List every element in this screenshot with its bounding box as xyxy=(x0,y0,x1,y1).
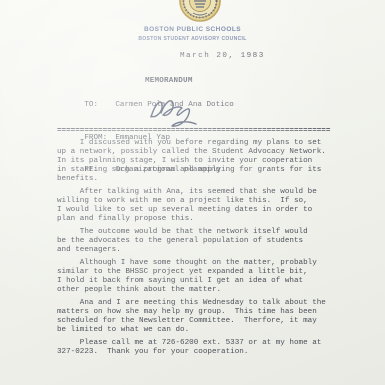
memo-field-to: TO:Carmen Pola and Ana Dotico xyxy=(57,92,234,119)
paragraph-4: Although I have some thought on the matt… xyxy=(57,259,342,295)
field-value-to: Carmen Pola and Ana Dotico xyxy=(115,101,233,109)
letterhead-department: BOSTON STUDENT ADVISORY COUNCIL xyxy=(0,36,385,42)
memo-title: MEMORANDUM xyxy=(145,77,193,85)
boston-public-schools-seal-icon xyxy=(179,0,221,22)
letterhead-organization: BOSTON PUBLIC SCHOOLS xyxy=(0,26,385,33)
paragraph-3: The outcome would be that the network it… xyxy=(57,228,342,255)
memo-body: I discussed with you before regarding my… xyxy=(57,139,342,361)
scanned-memo-page: BOSTON PUBLIC SCHOOLS BOSTON STUDENT ADV… xyxy=(0,0,385,385)
separator-line: ========================================… xyxy=(57,127,330,135)
paragraph-1: I discussed with you before regarding my… xyxy=(57,139,342,184)
memo-date: March 20, 1983 xyxy=(180,52,265,60)
paragraph-2: After talking with Ana, its seemed that … xyxy=(57,188,342,224)
field-label-to: TO: xyxy=(84,101,115,110)
paragraph-5: Ana and I are meeting this Wednesday to … xyxy=(57,299,342,335)
paragraph-6: Please call me at 726-6200 ext. 5337 or … xyxy=(57,339,342,357)
